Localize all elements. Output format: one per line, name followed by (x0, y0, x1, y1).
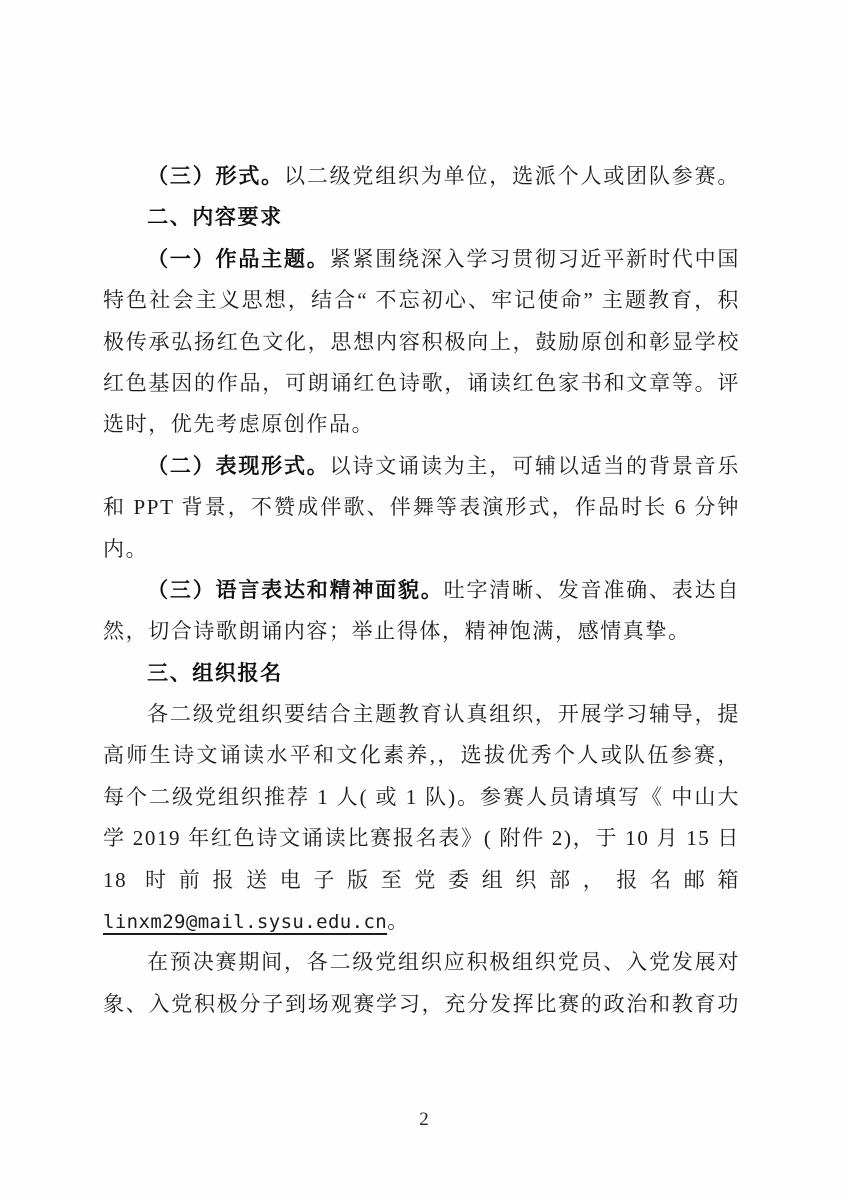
section-heading: 二、内容要求 (147, 206, 283, 229)
body-text: 选时，优先考虑原创作品。 (103, 412, 374, 436)
body-text: 紧紧围绕深入学习贯彻习近平新时代中国 (330, 247, 740, 271)
body-text: 学 2019 年红色诗文诵读比赛报名表》( 附件 2)，于 10 月 15 日 (103, 826, 740, 850)
body-text: 象、入党积极分子到场观赛学习，充分发挥比赛的政治和教育功 (103, 992, 740, 1016)
email-address: linxm29@mail.sysu.edu.cn (103, 911, 387, 933)
text-line: 红色基因的作品，可朗诵红色诗歌，诵读红色家书和文章等。评 (103, 363, 740, 404)
text-line: 18 时前报送电子版至党委组织部，报名邮箱 (103, 860, 740, 901)
body-text: 极传承弘扬红色文化，思想内容积极向上，鼓励原创和彰显学校 (103, 330, 740, 354)
section-heading: （三）语言表达和精神面貌。 (147, 579, 444, 602)
body-text: 18 时前报送电子版至党委组织部，报名邮箱 (103, 868, 740, 892)
section-heading: （二）表现形式。 (147, 455, 330, 478)
section-heading: 三、组织报名 (147, 662, 283, 685)
body-text: 在预决赛期间，各二级党组织应积极组织党员、入党发展对 (147, 950, 740, 974)
document-body: （三）形式。以二级党组织为单位，选派个人或团队参赛。 二、内容要求 （一）作品主… (103, 156, 740, 1025)
body-text: 红色基因的作品，可朗诵红色诗歌，诵读红色家书和文章等。评 (103, 371, 740, 395)
text-line: 高师生诗文诵读水平和文化素养,，选拔优秀个人或队伍参赛， (103, 735, 740, 776)
body-text: 以诗文诵读为主，可辅以适当的背景音乐 (330, 454, 740, 478)
body-text: 然，切合诗歌朗诵内容；举止得体，精神饱满，感情真挚。 (103, 619, 691, 643)
body-text: 以二级党组织为单位，选派个人或团队参赛。 (284, 164, 740, 188)
text-line: （三）形式。以二级党组织为单位，选派个人或团队参赛。 (103, 156, 740, 197)
body-text: 和 PPT 背景，不赞成伴歌、伴舞等表演形式，作品时长 6 分钟以 (103, 495, 740, 528)
body-text: 吐字清晰、发音准确、表达自 (444, 578, 740, 602)
text-line: 学 2019 年红色诗文诵读比赛报名表》( 附件 2)，于 10 月 15 日 (103, 818, 740, 859)
text-line: 每个二级党组织推荐 1 人( 或 1 队)。参赛人员请填写《 中山大 (103, 777, 740, 818)
text-line: （二）表现形式。以诗文诵读为主，可辅以适当的背景音乐 (103, 446, 740, 487)
text-line: 极传承弘扬红色文化，思想内容积极向上，鼓励原创和彰显学校 (103, 322, 740, 363)
body-text: 高师生诗文诵读水平和文化素养,，选拔优秀个人或队伍参赛， (103, 743, 740, 767)
section-heading: （三）形式。 (147, 165, 284, 188)
body-text: 每个二级党组织推荐 1 人( 或 1 队)。参赛人员请填写《 中山大 (103, 785, 740, 809)
text-line: 象、入党积极分子到场观赛学习，充分发挥比赛的政治和教育功 (103, 984, 740, 1025)
text-line: 三、组织报名 (103, 653, 740, 694)
body-text: 。 (387, 909, 410, 933)
text-line: （一）作品主题。紧紧围绕深入学习贯彻习近平新时代中国 (103, 239, 740, 280)
text-line: （三）语言表达和精神面貌。吐字清晰、发音准确、表达自 (103, 570, 740, 611)
text-line: linxm29@mail.sysu.edu.cn。 (103, 901, 740, 942)
body-text: 内。 (103, 537, 148, 561)
text-line: 在预决赛期间，各二级党组织应积极组织党员、入党发展对 (103, 942, 740, 983)
text-line: 和 PPT 背景，不赞成伴歌、伴舞等表演形式，作品时长 6 分钟以 (103, 487, 740, 528)
text-line: 二、内容要求 (103, 197, 740, 238)
text-line: 各二级党组织要结合主题教育认真组织，开展学习辅导，提 (103, 694, 740, 735)
text-line: 然，切合诗歌朗诵内容；举止得体，精神饱满，感情真挚。 (103, 611, 740, 652)
text-line: 选时，优先考虑原创作品。 (103, 404, 740, 445)
text-line: 特色社会主义思想，结合“ 不忘初心、牢记使命” 主题教育，积 (103, 280, 740, 321)
text-line: 内。 (103, 529, 740, 570)
body-text: 特色社会主义思想，结合“ 不忘初心、牢记使命” 主题教育，积 (103, 288, 740, 312)
document-page: （三）形式。以二级党组织为单位，选派个人或团队参赛。 二、内容要求 （一）作品主… (0, 0, 848, 1200)
section-heading: （一）作品主题。 (147, 248, 330, 271)
body-text: 各二级党组织要结合主题教育认真组织，开展学习辅导，提 (147, 702, 740, 726)
page-number: 2 (0, 1106, 848, 1134)
